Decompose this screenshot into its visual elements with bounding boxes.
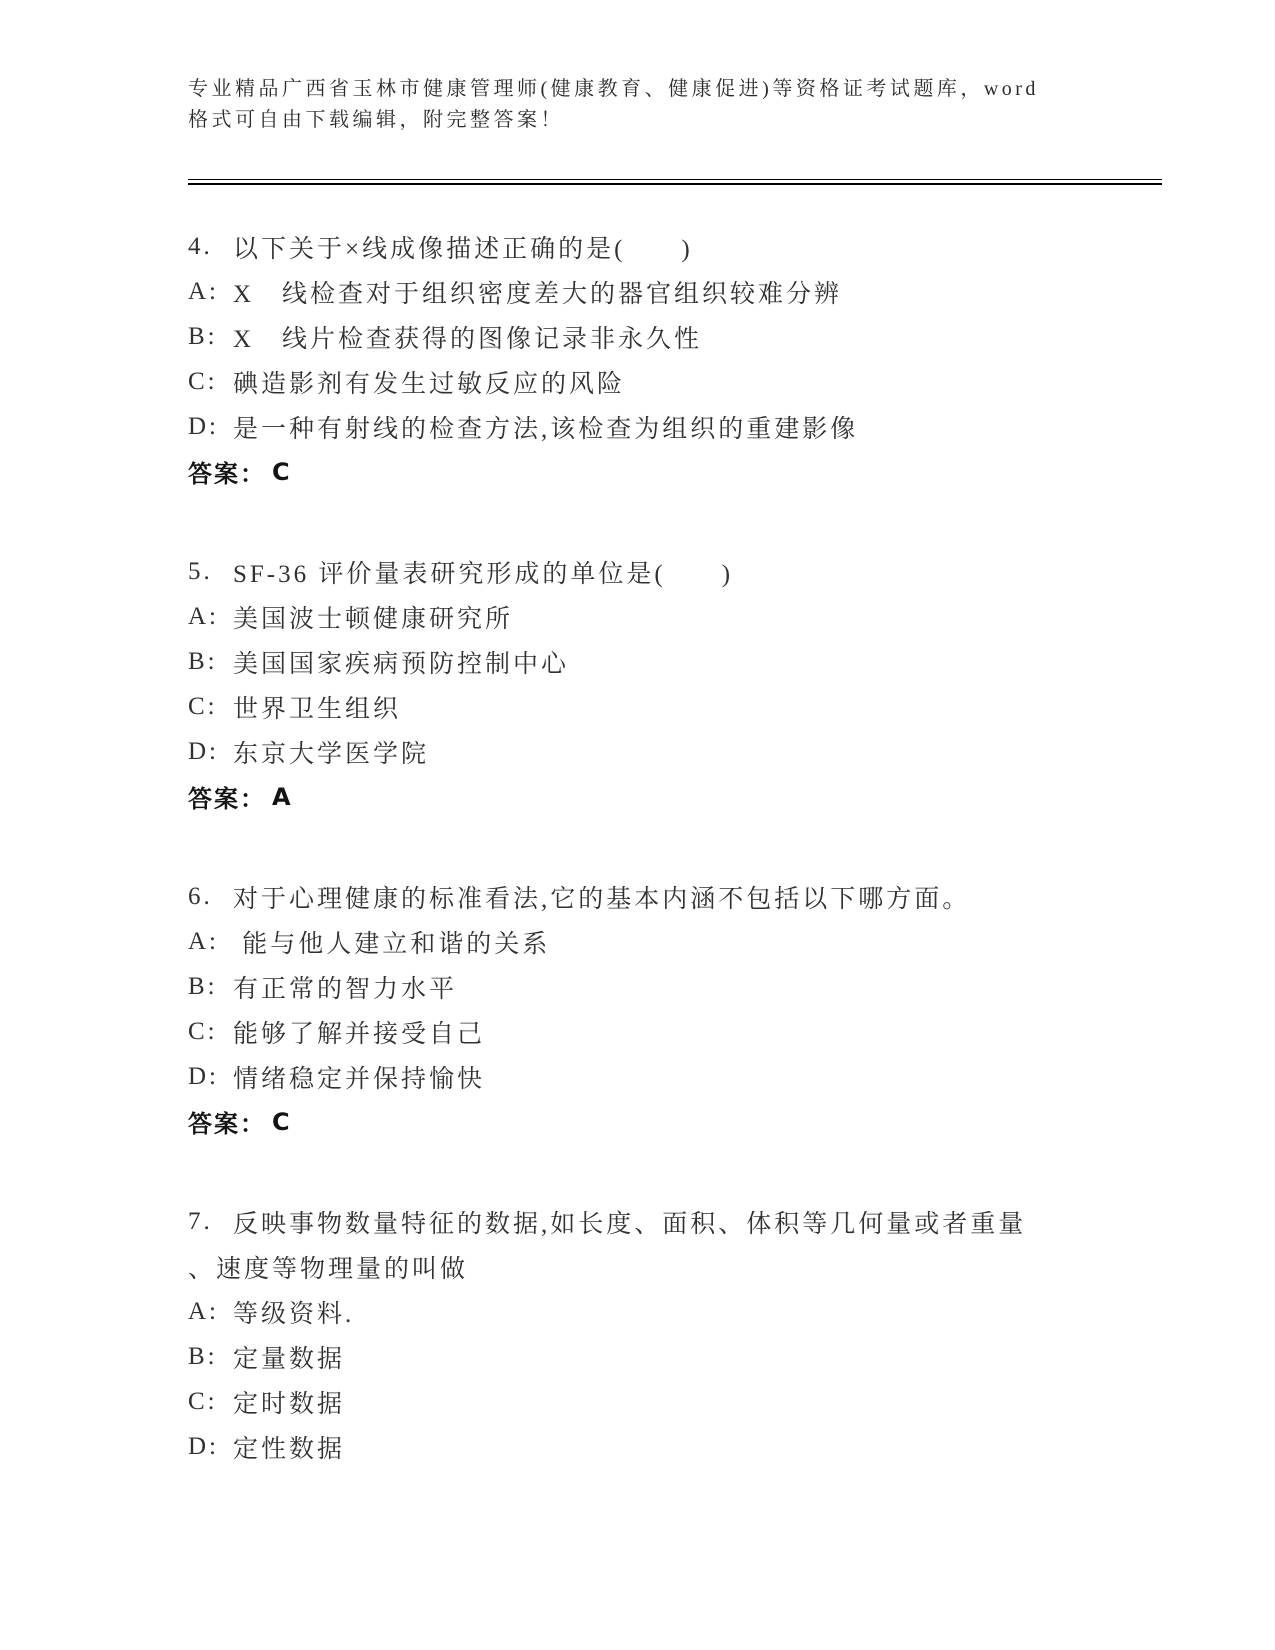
question-block: 5.SF-36 评价量表研究形成的单位是( ) A:美国波士顿健康研究所 B:美… [188,549,1178,819]
answer-label: 答案： [188,1104,266,1139]
option-text: 世界卫生组织 [233,689,1178,725]
option-row: B:有正常的智力水平 [188,964,1178,1009]
option-row: C:碘造影剂有发生过敏反应的风险 [188,359,1178,404]
option-row: D:东京大学医学院 [188,729,1178,774]
option-label: D: [188,1433,233,1461]
document-page: 专业精品广西省玉林市健康管理师(健康教育、健康促进)等资格证考试题库，word … [0,0,1275,1650]
question-text: 、速度等物理量的叫做 [188,1249,1178,1285]
answer-value: A [272,783,293,811]
question-block: 7.反映事物数量特征的数据,如长度、面积、体积等几何量或者重量 、速度等物理量的… [188,1199,1178,1469]
option-text: 定时数据 [233,1384,1178,1420]
question-line: 4.以下关于×线成像描述正确的是( ) [188,224,1178,269]
option-label: A: [188,928,233,956]
option-text: X 线片检查获得的图像记录非永久性 [233,319,1178,355]
option-text: 有正常的智力水平 [233,969,1178,1005]
option-text: 情绪稳定并保持愉快 [233,1059,1178,1095]
option-label: D: [188,413,233,441]
option-label: C: [188,693,233,721]
answer-value: C [272,1108,292,1136]
option-text: 是一种有射线的检查方法,该检查为组织的重建影像 [233,409,1178,445]
option-row: C:能够了解并接受自己 [188,1009,1178,1054]
option-label: C: [188,1388,233,1416]
question-line: 6.对于心理健康的标准看法,它的基本内涵不包括以下哪方面。 [188,874,1178,919]
option-row: A:等级资料. [188,1289,1178,1334]
question-number: 7. [188,1208,233,1236]
option-text: X 线检查对于组织密度差大的器官组织较难分辨 [233,274,1178,310]
header-line-2: 格式可自由下载编辑，附完整答案！ [188,105,1168,136]
header-line-1: 专业精品广西省玉林市健康管理师(健康教育、健康促进)等资格证考试题库，word [188,74,1168,105]
option-row: B:X 线片检查获得的图像记录非永久性 [188,314,1178,359]
option-label: A: [188,278,233,306]
option-row: A: 能与他人建立和谐的关系 [188,919,1178,964]
option-text: 美国波士顿健康研究所 [233,599,1178,635]
answer-line: 答案：C [188,1099,1178,1144]
option-text: 定量数据 [233,1339,1178,1375]
option-label: D: [188,1063,233,1091]
question-text: 以下关于×线成像描述正确的是( ) [233,229,1178,265]
option-text: 美国国家疾病预防控制中心 [233,644,1178,680]
option-text: 碘造影剂有发生过敏反应的风险 [233,364,1178,400]
option-text: 定性数据 [233,1429,1178,1465]
question-block: 4.以下关于×线成像描述正确的是( ) A:X 线检查对于组织密度差大的器官组织… [188,224,1178,494]
question-block: 6.对于心理健康的标准看法,它的基本内涵不包括以下哪方面。 A: 能与他人建立和… [188,874,1178,1144]
answer-label: 答案： [188,779,266,814]
option-text: 东京大学医学院 [233,734,1178,770]
option-label: A: [188,1298,233,1326]
question-line: 7.反映事物数量特征的数据,如长度、面积、体积等几何量或者重量 [188,1199,1178,1244]
option-text: 能够了解并接受自己 [233,1014,1178,1050]
option-label: B: [188,1343,233,1371]
option-row: C:世界卫生组织 [188,684,1178,729]
option-row: B:美国国家疾病预防控制中心 [188,639,1178,684]
question-text: 反映事物数量特征的数据,如长度、面积、体积等几何量或者重量 [233,1204,1178,1240]
option-row: A:X 线检查对于组织密度差大的器官组织较难分辨 [188,269,1178,314]
option-row: D:情绪稳定并保持愉快 [188,1054,1178,1099]
option-text: 等级资料. [233,1294,1178,1330]
option-label: A: [188,603,233,631]
question-number: 6. [188,883,233,911]
option-row: B:定量数据 [188,1334,1178,1379]
option-text: 能与他人建立和谐的关系 [233,924,1178,960]
question-list: 4.以下关于×线成像描述正确的是( ) A:X 线检查对于组织密度差大的器官组织… [188,224,1178,1524]
option-label: C: [188,1018,233,1046]
header-divider [188,179,1162,185]
question-text: SF-36 评价量表研究形成的单位是( ) [233,554,1178,590]
answer-label: 答案： [188,454,266,489]
option-label: B: [188,973,233,1001]
option-row: D:是一种有射线的检查方法,该检查为组织的重建影像 [188,404,1178,449]
question-line: 5.SF-36 评价量表研究形成的单位是( ) [188,549,1178,594]
option-row: D:定性数据 [188,1424,1178,1469]
question-line-continuation: 、速度等物理量的叫做 [188,1244,1178,1289]
option-row: C:定时数据 [188,1379,1178,1424]
answer-line: 答案：A [188,774,1178,819]
question-text: 对于心理健康的标准看法,它的基本内涵不包括以下哪方面。 [233,879,1178,915]
answer-line: 答案：C [188,449,1178,494]
option-label: B: [188,648,233,676]
option-row: A:美国波士顿健康研究所 [188,594,1178,639]
option-label: C: [188,368,233,396]
document-header: 专业精品广西省玉林市健康管理师(健康教育、健康促进)等资格证考试题库，word … [188,74,1168,136]
question-number: 4. [188,233,233,261]
question-number: 5. [188,558,233,586]
option-label: D: [188,738,233,766]
option-label: B: [188,323,233,351]
answer-value: C [272,458,292,486]
